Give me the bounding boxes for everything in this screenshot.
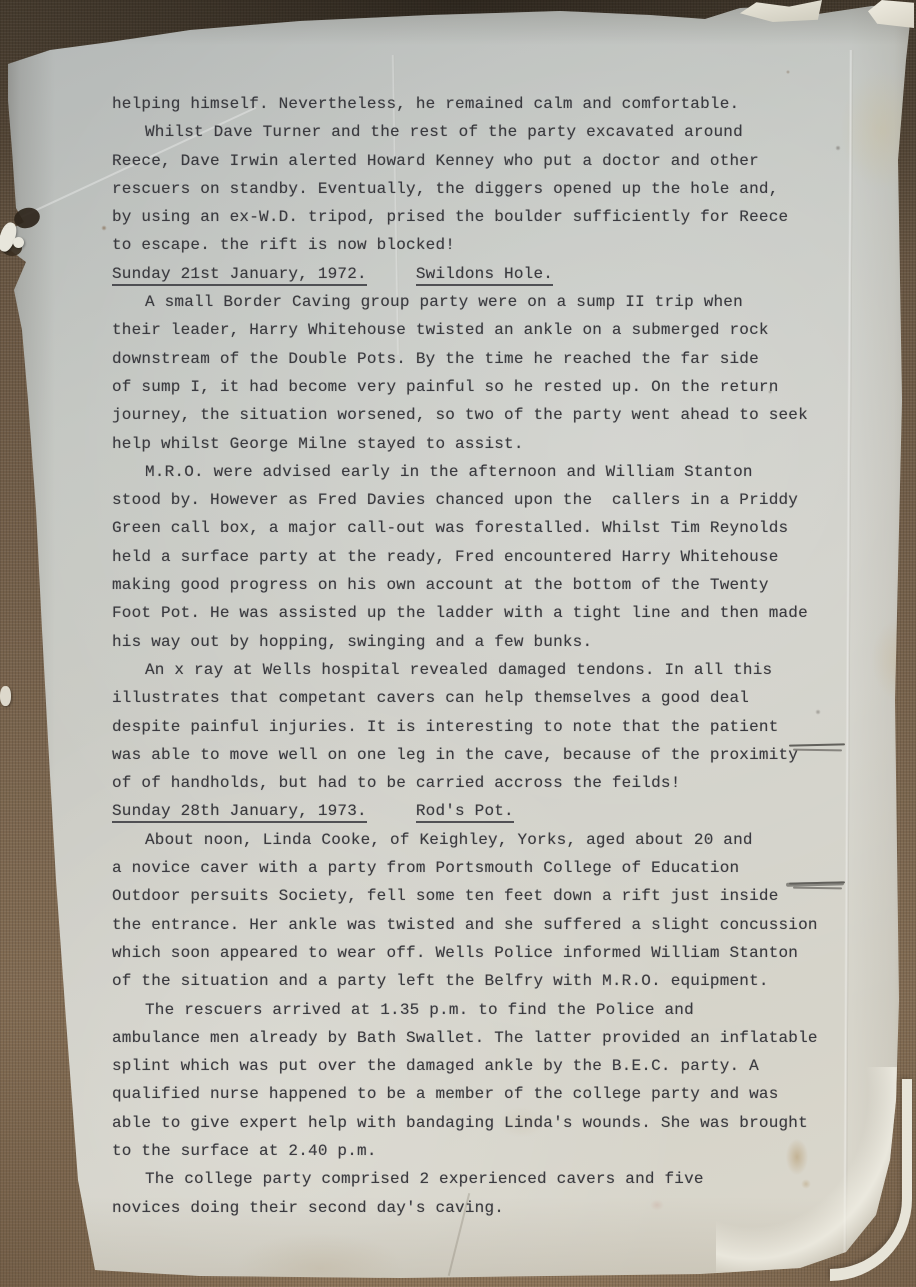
typed-line: stood by. However as Fred Davies chanced… <box>112 486 872 514</box>
typed-line: rescuers on standby. Eventually, the dig… <box>112 175 872 203</box>
torn-paper-bit <box>0 686 11 706</box>
typed-line: of of handholds, but had to be carried a… <box>112 769 872 797</box>
typed-line: a novice caver with a party from Portsmo… <box>112 854 872 882</box>
torn-paper-bit <box>13 237 24 248</box>
photo-backdrop: helping himself. Nevertheless, he remain… <box>0 0 916 1287</box>
typed-line: splint which was put over the damaged an… <box>112 1052 872 1080</box>
typed-line: their leader, Harry Whitehouse twisted a… <box>112 316 872 344</box>
entry-date: Sunday 28th January, 1973. <box>112 802 367 823</box>
typed-line: Foot Pot. He was assisted up the ladder … <box>112 599 872 627</box>
entry-title: Swildons Hole. <box>416 265 553 286</box>
typed-line: the entrance. Her ankle was twisted and … <box>112 911 872 939</box>
pencil-mark <box>789 743 845 751</box>
curled-paper-edge <box>830 1079 912 1281</box>
paper-sheet: helping himself. Nevertheless, he remain… <box>0 0 916 1287</box>
typed-line: journey, the situation worsened, so two … <box>112 401 872 429</box>
typed-line: his way out by hopping, swinging and a f… <box>112 628 872 656</box>
typed-line: making good progress on his own account … <box>112 571 872 599</box>
typed-line: help whilst George Milne stayed to assis… <box>112 430 872 458</box>
typed-line: Reece, Dave Irwin alerted Howard Kenney … <box>112 147 872 175</box>
typed-line: M.R.O. were advised early in the afterno… <box>112 458 872 486</box>
typed-line: ambulance men already by Bath Swallet. T… <box>112 1024 872 1052</box>
pencil-mark <box>789 881 845 889</box>
typed-line: novices doing their second day's caving. <box>112 1194 872 1222</box>
typed-line: helping himself. Nevertheless, he remain… <box>112 90 872 118</box>
typed-line: held a surface party at the ready, Fred … <box>112 543 872 571</box>
entry-heading: Sunday 21st January, 1972.Swildons Hole. <box>112 260 872 288</box>
typed-line: Outdoor persuits Society, fell some ten … <box>112 882 872 910</box>
entry-heading: Sunday 28th January, 1973.Rod's Pot. <box>112 797 872 825</box>
entry-date: Sunday 21st January, 1972. <box>112 265 367 286</box>
typed-line: despite painful injuries. It is interest… <box>112 713 872 741</box>
entry-title: Rod's Pot. <box>416 802 514 823</box>
typed-line: Green call box, a major call-out was for… <box>112 514 872 542</box>
typed-line: Whilst Dave Turner and the rest of the p… <box>112 118 872 146</box>
typed-line: The rescuers arrived at 1.35 p.m. to fin… <box>112 996 872 1024</box>
typed-line: to escape. the rift is now blocked! <box>112 231 872 259</box>
typed-line: to the surface at 2.40 p.m. <box>112 1137 872 1165</box>
typed-line: qualified nurse happened to be a member … <box>112 1080 872 1108</box>
typed-line: able to give expert help with bandaging … <box>112 1109 872 1137</box>
typed-line: The college party comprised 2 experience… <box>112 1165 872 1193</box>
typed-line: illustrates that competant cavers can he… <box>112 684 872 712</box>
typed-text: helping himself. Nevertheless, he remain… <box>112 90 872 1222</box>
typed-line: downstream of the Double Pots. By the ti… <box>112 345 872 373</box>
typed-line: which soon appeared to wear off. Wells P… <box>112 939 872 967</box>
typed-line: by using an ex-W.D. tripod, prised the b… <box>112 203 872 231</box>
typed-line: About noon, Linda Cooke, of Keighley, Yo… <box>112 826 872 854</box>
typed-line: was able to move well on one leg in the … <box>112 741 872 769</box>
typed-line: A small Border Caving group party were o… <box>112 288 872 316</box>
typed-line: of the situation and a party left the Be… <box>112 967 872 995</box>
typed-line: of sump I, it had become very painful so… <box>112 373 872 401</box>
typed-line: An x ray at Wells hospital revealed dama… <box>112 656 872 684</box>
